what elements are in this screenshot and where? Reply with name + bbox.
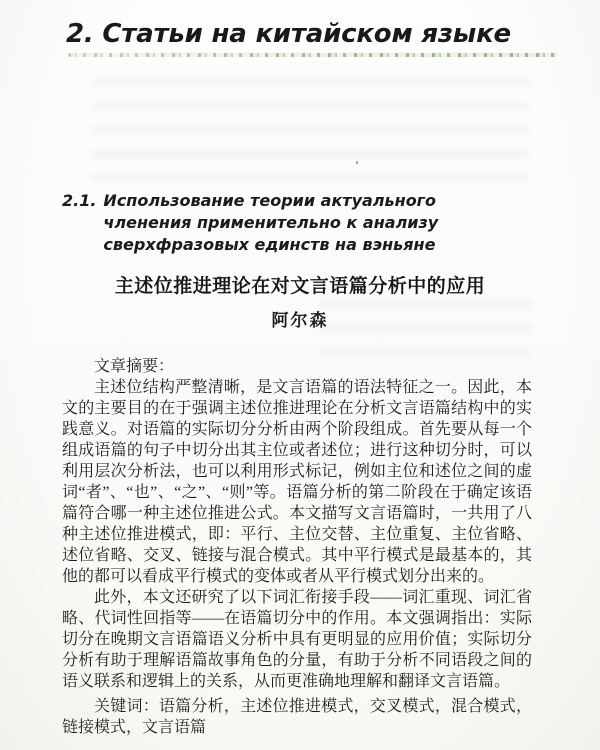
subsection-number: 2.1. [62, 190, 96, 256]
keywords-label: 关键词： [94, 698, 159, 715]
abstract-label: 文章摘要： [62, 356, 532, 377]
abstract-paragraph-2: 此外，本文还研究了以下词汇衔接手段——词汇重现、词汇省略、代词性回指等——在语篇… [62, 587, 532, 692]
green-underline-rule [68, 53, 557, 57]
scan-speck-artifact [356, 161, 358, 164]
keywords-line: 关键词：语篇分析，主述位推进模式，交叉模式，混合模式，链接模式，文言语篇 [62, 696, 532, 738]
abstract-paragraph-1: 主述位结构严整清晰，是文言语篇的语法特征之一。因此，本文的主要目的在于强调主述位… [62, 377, 532, 587]
scan-bleedthrough-artifact [92, 78, 528, 180]
subsection-heading: 2.1. Использование теории актуального чл… [62, 190, 485, 256]
subsection-title: Использование теории актуального членени… [103, 190, 485, 256]
article-title-chinese: 主述位推进理论在对文言语篇分析中的应用 [0, 271, 600, 298]
article-author: 阿尔森 [0, 306, 600, 331]
abstract-section: 文章摘要： 主述位结构严整清晰，是文言语篇的语法特征之一。因此，本文的主要目的在… [62, 356, 532, 738]
chapter-title: 2. Статьи на китайском языке [66, 18, 511, 50]
scanned-paper-page: 2. Статьи на китайском языке 2.1. Исполь… [0, 0, 600, 750]
